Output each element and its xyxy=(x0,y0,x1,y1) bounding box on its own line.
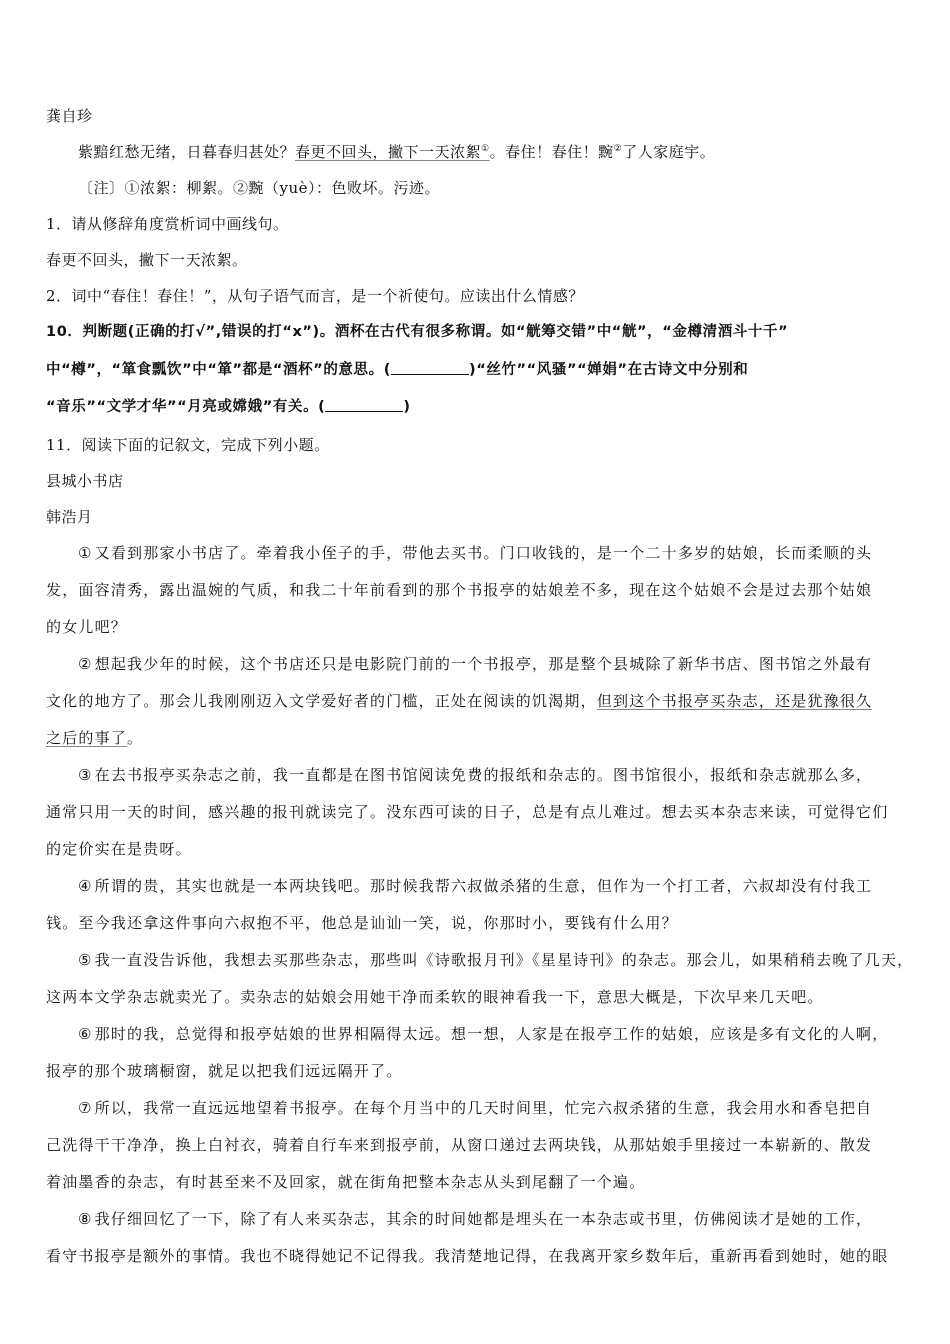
paragraph-5: ⑤我一直没告诉他，我想去买那些杂志，那些叫《诗歌报月刊》《星星诗刊》的杂志。那会… xyxy=(46,942,904,1016)
answer-blank-2[interactable] xyxy=(325,397,403,412)
paragraph-number: ② xyxy=(78,655,93,673)
paragraph-6: ⑥那时的我，总觉得和报亭姑娘的世界相隔得太远。想一想，人家是在报亭工作的姑娘，应… xyxy=(46,1016,904,1090)
question-2: 2．词中“春住！春住！”，从句子语气而言，是一个祈使句。应读出什么情感？ xyxy=(46,278,904,314)
paragraph-3: ③在去书报亭买杂志之前，我一直都是在图书馆阅读免费的报纸和杂志的。图书馆很小，报… xyxy=(46,757,904,868)
question-10: 10．判断题(正确的打√”,错误的打“x”)。酒杯在古代有很多称谓。如“觥筹交错… xyxy=(46,314,904,427)
paragraph-4: ④所谓的贵，其实也就是一本两块钱吧。那时候我帮六叔做杀猪的生意，但作为一个打工者… xyxy=(46,868,904,942)
paragraph-number: ④ xyxy=(78,877,93,895)
note-mark-2: ② xyxy=(614,144,623,154)
poem-text: 紫黯红愁无绪，日暮春归甚处？春更不回头，撇下一天浓絮①。春住！春住！黦②了人家庭… xyxy=(46,134,904,170)
underlined-sentence: 但到这个书报亭买杂志，还是犹豫很久 xyxy=(597,692,872,710)
answer-blank-1[interactable] xyxy=(391,360,469,375)
underlined-sentence-end: 之后的事了 xyxy=(46,729,127,747)
note-mark-1: ① xyxy=(481,144,490,154)
paragraph-8: ⑧我仔细回忆了一下，除了有人来买杂志，其余的时间她都是埋头在一本杂志或书里，仿佛… xyxy=(46,1201,904,1275)
paragraph-number: ⑦ xyxy=(78,1099,93,1117)
article-title: 县城小书店 xyxy=(46,463,904,499)
paragraph-7: ⑦所以，我常一直远远地望着书报亭。在每个月当中的几天时间里，忙完六叔杀猪的生意，… xyxy=(46,1090,904,1201)
poem-underlined-line: 春更不回头，撇下一天浓絮① xyxy=(295,143,490,161)
poem-line-before: 紫黯红愁无绪，日暮春归甚处？ xyxy=(78,143,295,161)
poem-notes: 〔注〕①浓絮：柳絮。②黦（yuè）：色败坏。污迹。 xyxy=(46,170,904,206)
paragraph-number: ⑥ xyxy=(78,1025,93,1043)
article-author: 韩浩月 xyxy=(46,499,904,535)
quoted-line: 春更不回头，撇下一天浓絮。 xyxy=(46,242,904,278)
question-10-line-2: 中“樽”，“箪食瓢饮”中“箪”都是“酒杯”的意思。()“丝竹”“风骚”“婵娟”在… xyxy=(46,352,904,390)
question-10-line-1: 10．判断题(正确的打√”,错误的打“x”)。酒杯在古代有很多称谓。如“觥筹交错… xyxy=(46,314,904,352)
question-10-line-3: “音乐”“文学才华”“月亮或嫦娥”有关。() xyxy=(46,389,904,427)
paragraph-number: ⑤ xyxy=(78,951,93,969)
paragraph-number: ① xyxy=(78,544,93,562)
paragraph-1: ①又看到那家小书店了。牵着我小侄子的手，带他去买书。门口收钱的，是一个二十多岁的… xyxy=(46,535,904,646)
question-11-prompt: 11．阅读下面的记叙文，完成下列小题。 xyxy=(46,427,904,463)
paragraph-2: ②想起我少年的时候，这个书店还只是电影院门前的一个书报亭，那是整个县城除了新华书… xyxy=(46,646,904,757)
poem-author: 龚自珍 xyxy=(46,98,904,134)
poem-line-mid: 。春住！春住！黦 xyxy=(490,143,614,161)
paragraph-number: ③ xyxy=(78,766,93,784)
paragraph-number: ⑧ xyxy=(78,1210,93,1228)
question-1: 1．请从修辞角度赏析词中画线句。 xyxy=(46,206,904,242)
poem-line-after: 了人家庭宇。 xyxy=(622,143,715,161)
document-page: 龚自珍 紫黯红愁无绪，日暮春归甚处？春更不回头，撇下一天浓絮①。春住！春住！黦②… xyxy=(46,98,904,1275)
